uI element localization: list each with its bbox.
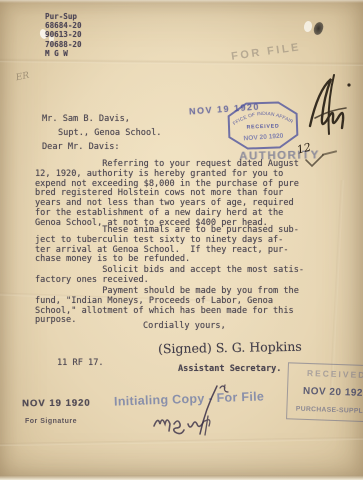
letter-page: Pur-Sup 68684-20 90613-20 70688-20 M G W…	[0, 0, 363, 480]
handwritten-initials	[148, 408, 218, 438]
reference-code: 11 RF 17.	[57, 359, 104, 369]
received-box-received: RECEIVED	[290, 367, 363, 380]
for-file-stamp: FOR FILE	[231, 41, 302, 63]
date-stamp-nov19-bottom: NOV 19 1920	[22, 398, 91, 410]
paper-crease	[0, 58, 363, 66]
for-signature-label: For Signature	[25, 418, 77, 425]
address-line-3: Dear Mr. Davis:	[42, 143, 120, 153]
address-line-1: Mr. Sam B. Davis,	[42, 115, 130, 125]
received-box-dept: PURCHASE-SUPPLIES	[289, 405, 363, 415]
body-paragraph-2: These animals are to be purchased sub- j…	[35, 226, 299, 265]
paper-fleck	[303, 20, 313, 32]
address-line-2: Supt., Genoa School.	[58, 129, 161, 139]
scan-edge-bottom	[0, 475, 363, 480]
oia-received-stamp: OFFICE OF INDIAN AFFAIRS RECEIVED NOV 20…	[223, 99, 303, 154]
signature-stamp: (Signed) S. G. Hopkins	[158, 339, 302, 357]
octagon-received-text: RECEIVED	[246, 123, 279, 130]
body-paragraph-3: Solicit bids and accept the most satis- …	[35, 266, 304, 286]
received-box-stamp: RECEIVED NOV 20 1920 PURCHASE-SUPPLIES	[286, 362, 363, 422]
closing-line: Cordially yours,	[143, 322, 226, 332]
ink-smudge	[313, 21, 325, 36]
body-paragraph-1: Referring to your request dated August 1…	[35, 160, 299, 229]
octagon-date-text: NOV 20 1920	[243, 133, 284, 143]
received-box-date: NOV 20 1920	[290, 385, 363, 399]
pencil-initials: ER	[15, 71, 30, 84]
typed-file-numbers: Pur-Sup 68684-20 90613-20 70688-20 M G W	[45, 12, 82, 58]
scan-edge-top	[0, 0, 363, 3]
paper-crease	[0, 437, 363, 446]
signature-title: Assistant Secretary.	[178, 365, 281, 375]
